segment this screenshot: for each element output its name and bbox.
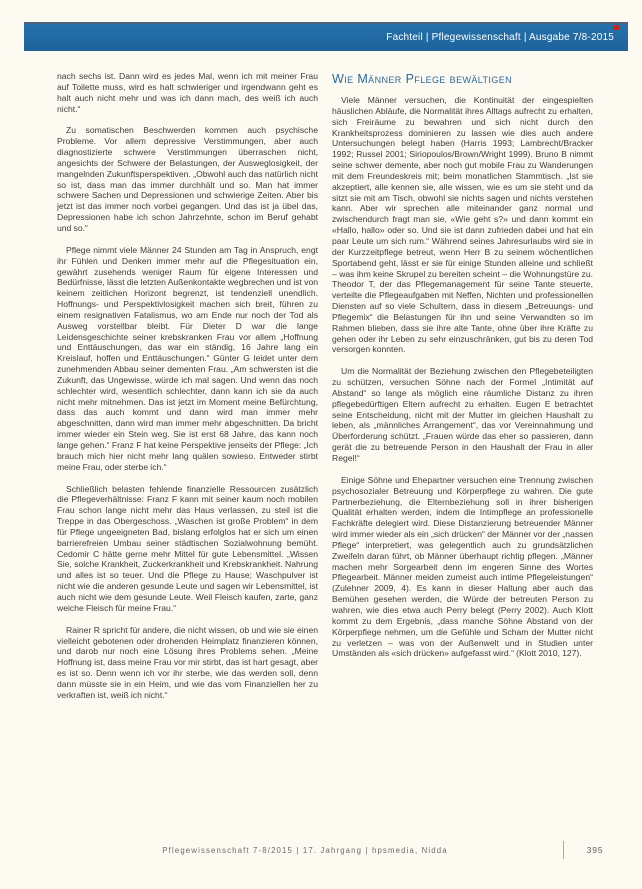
footer: Pflegewissenschaft 7-8/2015 | 17. Jahrga…	[57, 839, 612, 861]
body-paragraph: Rainer R spricht für andere, die nicht w…	[57, 625, 318, 701]
body-paragraph: Einige Söhne und Ehepartner versuchen ei…	[332, 475, 593, 659]
body-paragraph: Zu somatischen Beschwerden kommen auch p…	[57, 125, 318, 233]
left-column: nach sechs ist. Dann wird es jedes Mal, …	[57, 71, 318, 712]
red-corner-marker	[614, 25, 619, 30]
journal-page: Fachteil | Pflegewissenschaft | Ausgabe …	[0, 0, 642, 889]
article-body: nach sechs ist. Dann wird es jedes Mal, …	[57, 71, 593, 712]
body-paragraph: Viele Männer versuchen, die Kontinuität …	[332, 95, 593, 355]
header-journal-info: Fachteil | Pflegewissenschaft | Ausgabe …	[386, 32, 628, 43]
section-heading: Wie Männer Pflege bewältigen	[332, 72, 593, 86]
header-bar: Fachteil | Pflegewissenschaft | Ausgabe …	[24, 22, 628, 51]
body-paragraph: Schließlich belasten fehlende finanziell…	[57, 484, 318, 614]
body-paragraph: Pflege nimmt viele Männer 24 Stunden am …	[57, 245, 318, 473]
body-paragraph: nach sechs ist. Dann wird es jedes Mal, …	[57, 71, 318, 114]
page-number: 395	[578, 845, 612, 855]
footer-divider	[563, 841, 564, 859]
right-column: Wie Männer Pflege bewältigen Viele Männe…	[332, 71, 593, 712]
body-paragraph: Um die Normalität der Beziehung zwischen…	[332, 366, 593, 464]
footer-journal-line: Pflegewissenschaft 7-8/2015 | 17. Jahrga…	[57, 846, 553, 855]
